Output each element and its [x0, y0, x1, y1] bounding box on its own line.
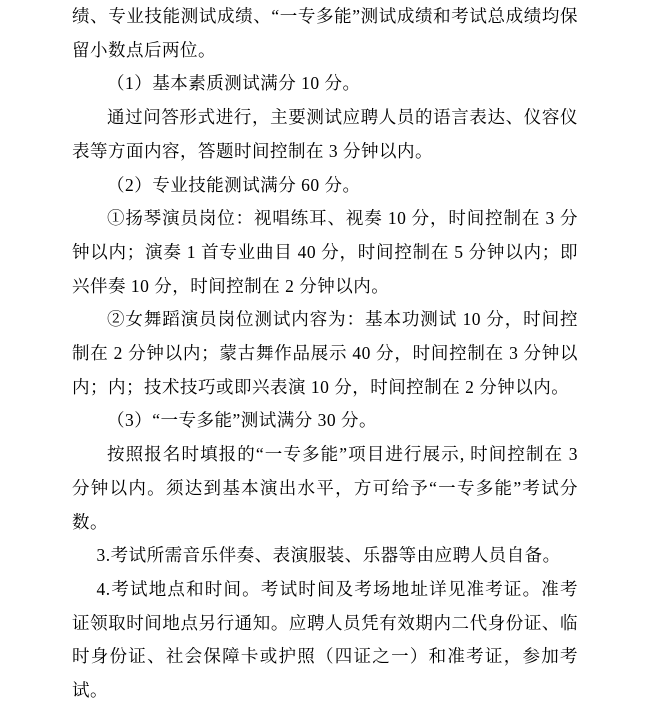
paragraph-item-1-basic-test: （1）基本素质测试满分 10 分。	[72, 67, 578, 101]
paragraph-item-3-multi-skill: （3）“一专多能”测试满分 30 分。	[72, 404, 578, 438]
paragraph-multi-skill-detail: 按照报名时填报的“一专多能”项目进行展示, 时间控制在 3 分钟以内。须达到基本…	[72, 438, 578, 539]
document-page: 绩、专业技能测试成绩、“一专多能”测试成绩和考试总成绩均保留小数点后两位。 （1…	[0, 0, 661, 708]
paragraph-dancer-position: ②女舞蹈演员岗位测试内容为：基本功测试 10 分，时间控制在 2 分钟以内；蒙古…	[72, 303, 578, 404]
paragraph-3-self-provided: 3.考试所需音乐伴奏、表演服装、乐器等由应聘人员自备。	[72, 539, 578, 573]
paragraph-continuation: 绩、专业技能测试成绩、“一专多能”测试成绩和考试总成绩均保留小数点后两位。	[72, 0, 578, 67]
paragraph-item-2-skill-test: （2）专业技能测试满分 60 分。	[72, 169, 578, 203]
paragraph-yangqin-position: ①扬琴演员岗位：视唱练耳、视奏 10 分，时间控制在 3 分钟以内；演奏 1 首…	[72, 202, 578, 303]
paragraph-4-exam-location: 4.考试地点和时间。考试时间及考场地址详见准考证。准考证领取时间地点另行通知。应…	[72, 573, 578, 708]
paragraph-basic-test-detail: 通过问答形式进行，主要测试应聘人员的语言表达、仪容仪表等方面内容，答题时间控制在…	[72, 101, 578, 168]
